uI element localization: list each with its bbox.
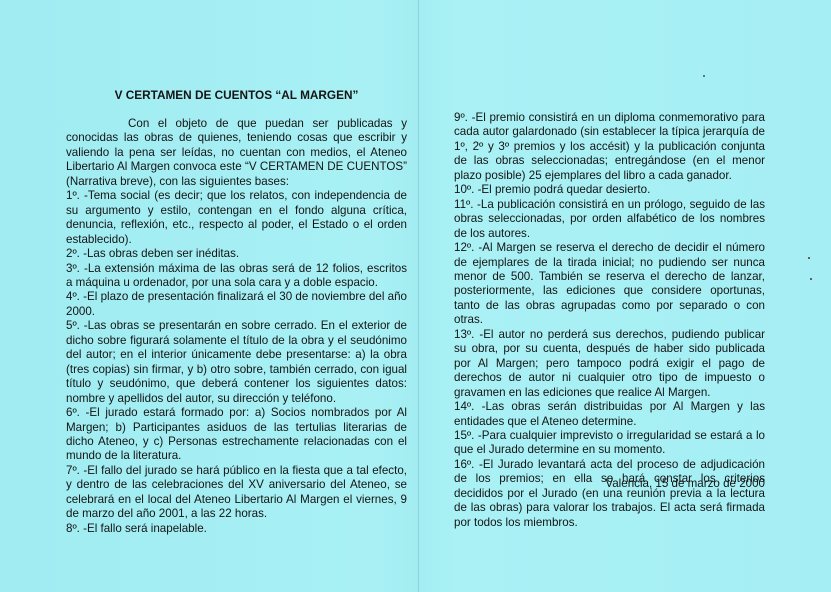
base-item-12: 12º. -Al Margen se reserva el derecho de… [454, 241, 765, 328]
paper-speck [808, 257, 810, 259]
place-date-signature: Valencia, 15 de marzo de 2000 [454, 477, 765, 490]
base-item-6: 6º. -El jurado estará formado por: a) So… [66, 406, 407, 464]
base-item-13: 13º. -El autor no perderá sus derechos, … [454, 328, 765, 400]
base-item-11: 11º. -La publicación consistirá en un pr… [454, 198, 765, 241]
base-item-4: 4º. -El plazo de presentación finalizará… [66, 290, 407, 319]
intro-paragraph: Con el objeto de que puedan ser publicad… [66, 117, 407, 189]
document-title: V CERTAMEN DE CUENTOS “AL MARGEN” [66, 88, 407, 102]
base-item-7: 7º. -El fallo del jurado se hará público… [66, 464, 407, 522]
fold-line [418, 0, 419, 592]
paper-speck [810, 278, 812, 280]
base-item-2: 2º. -Las obras deben ser inéditas. [66, 247, 407, 261]
base-item-5: 5º. -Las obras se presentarán en sobre c… [66, 319, 407, 406]
base-item-8: 8º. -El fallo será inapelable. [66, 522, 407, 536]
base-item-14: 14º. -Las obras serán distribuidas por A… [454, 400, 765, 429]
base-item-9: 9º. -El premio consistirá en un diploma … [454, 111, 765, 183]
paper-speck [703, 75, 705, 77]
base-item-1: 1º. -Tema social (es decir; que los rela… [66, 189, 407, 247]
left-column: Con el objeto de que puedan ser publicad… [66, 117, 407, 536]
base-item-3: 3º. -La extensión máxima de las obras se… [66, 262, 407, 291]
base-item-15: 15º. -Para cualquier imprevisto o irregu… [454, 429, 765, 458]
right-column: 9º. -El premio consistirá en un diploma … [454, 111, 765, 530]
base-item-16: 16º. -El Jurado levantará acta del proce… [454, 458, 765, 530]
base-item-10: 10º. -El premio podrá quedar desierto. [454, 183, 765, 197]
